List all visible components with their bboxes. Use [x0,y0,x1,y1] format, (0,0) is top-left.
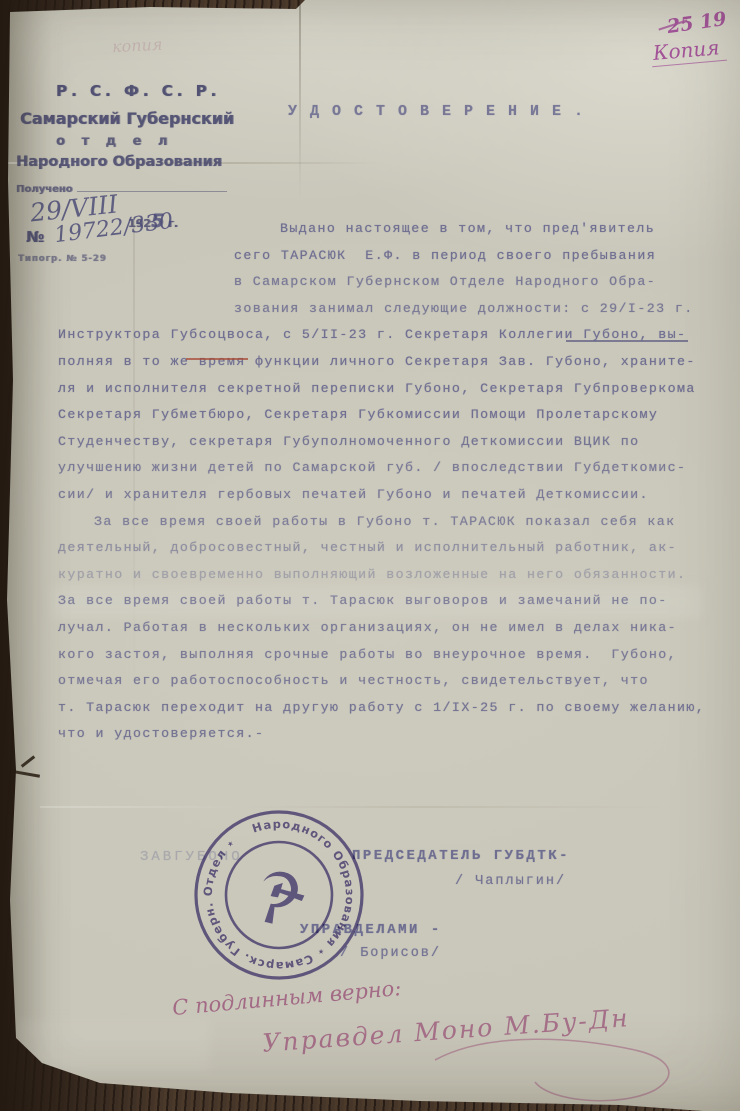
signature-flourish [430,1020,690,1110]
body-line: сего ТАРАСЮК Е.Ф. в период своего пребыв… [58,243,706,270]
hammer-sickle-icon: ☭ [240,853,321,943]
body-line: зования занимал следующие должности: с 2… [58,296,706,323]
body-line: лучал. Работая в нескольких организациях… [58,615,706,642]
body-line: За все время своей работы т. Тарасюк выг… [58,588,706,615]
body-line: куратно и своевременно выполняющий возло… [58,562,706,589]
body-line: Выдано настоящее в том, что пред'явитель [58,216,706,243]
received-label-text: Получено [16,184,73,195]
chairman-title: ПРЕДСЕДАТЕЛЬ ГУБДТК- [352,848,570,864]
body-line: что и удостоверяется.- [58,721,706,748]
body-line: деятельный, добросовестный, честный и ис… [58,535,706,562]
body-line: За все время своей работы в Губоно т. ТА… [58,509,706,536]
body-line: т. Тарасюк переходит на другую работу с … [58,695,706,722]
document-body: Выдано настоящее в том, что пред'явитель… [58,216,706,748]
tear-mark [21,755,35,767]
copy-note: Копия [650,35,727,67]
body-line: полняя в то же время функции личного Сек… [58,349,706,376]
body-line: Студенчеству, секретаря Губуполномоченно… [58,429,706,456]
document-paper: 25 19 Копия копия Р. С. Ф. С. Р. Самарск… [0,0,740,1111]
letterhead-org-line2: о т д е л [56,134,236,149]
letterhead-org-line3: Народного Образования [16,154,236,170]
chairman-name: / Чаплыгин/ [455,874,566,889]
body-line: Секретаря Губметбюро, Секретаря Губкомис… [58,402,706,429]
red-underline [186,358,248,360]
body-line: Инструктора Губсоцвоса, с 5/II-23 г. Сек… [58,322,706,349]
received-label: Получено [16,184,236,195]
fold-crease [299,0,301,200]
photo-scene: 25 19 Копия копия Р. С. Ф. С. Р. Самарск… [0,0,740,1111]
typed-underline [566,340,688,342]
number-sign: № [26,228,44,246]
body-line: отмечая его работоспособность и честност… [58,668,706,695]
letterhead-rsfsr: Р. С. Ф. С. Р. [56,82,236,100]
body-line: улучшению жизни детей по Самарской губ. … [58,455,706,482]
letterhead-org-line1: Самарский Губернский [20,109,236,128]
body-line: в Самарском Губернском Отделе Народного … [58,269,706,296]
body-line: кого застоя, выполняя срочные работы во … [58,642,706,669]
round-stamp: Народного Образования ⋆ Самарск. Губерн.… [190,806,368,984]
document-title: У Д О С Т О В Е Р Е Н И Е . [288,103,585,120]
letterhead: Р. С. Ф. С. Р. Самарский Губернский о т … [16,82,236,195]
body-line: ля и исполнителя секретной переписки Губ… [58,376,706,403]
faint-copy-echo: копия [112,35,163,57]
body-line: сии/ и хранителя гербовых печатей Губоно… [58,482,706,509]
corner-annotations: 25 19 Копия [651,12,726,64]
